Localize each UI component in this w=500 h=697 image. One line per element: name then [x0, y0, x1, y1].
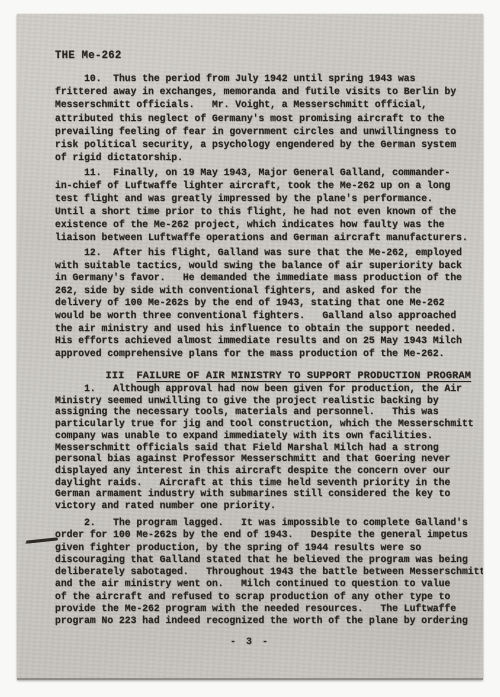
- document-header: THE Me-262: [55, 50, 122, 62]
- paragraph-section-2: 2. The program lagged. It was impossible…: [55, 517, 483, 628]
- text-layer: THE Me-262 10. Thus the period from July…: [17, 14, 483, 680]
- paragraph-11: 11. Finally, on 19 May 1943, Major Gener…: [55, 166, 468, 244]
- scanned-document: THE Me-262 10. Thus the period from July…: [0, 0, 500, 697]
- paragraph-section-1: 1. Although approval had now been given …: [55, 383, 474, 512]
- page-number: - 3 -: [17, 637, 483, 648]
- paragraph-10: 10. Thus the period from July 1942 until…: [55, 72, 456, 164]
- pen-mark: [26, 537, 58, 543]
- document-page: THE Me-262 10. Thus the period from July…: [17, 14, 483, 680]
- paragraph-12: 12. After his flight, Galland was sure t…: [55, 247, 462, 360]
- scan-speck: [445, 187, 448, 189]
- scan-speck: [432, 610, 435, 612]
- section-title: FAILURE OF AIR MINISTRY TO SUPPORT PRODU…: [136, 371, 471, 382]
- section-number: III: [106, 371, 125, 382]
